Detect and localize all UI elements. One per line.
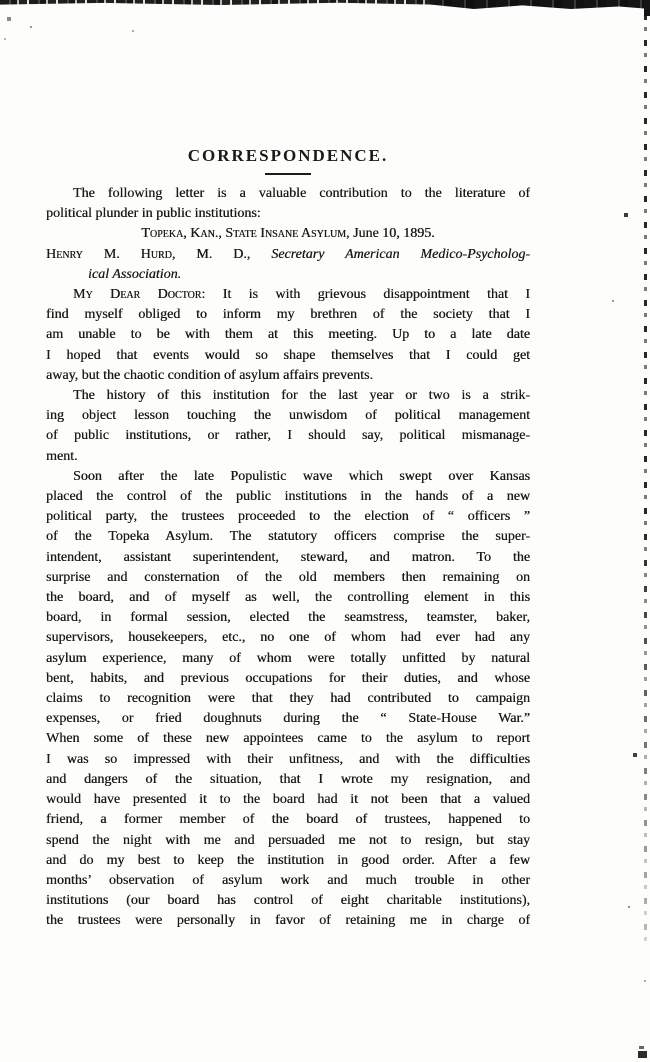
page-content: CORRESPONDENCE. The following letter is …: [46, 146, 530, 932]
text-segment: I was so impressed with their unfitness,…: [46, 752, 530, 767]
text-segment: the board, and of myself as well, the co…: [46, 590, 530, 605]
text-segment: My Dear Doctor:: [73, 287, 205, 302]
scan-specks-artifact: [0, 0, 2, 2]
text-line: asylum experience, many of whom were tot…: [46, 649, 530, 669]
text-line: find myself obliged to inform my brethre…: [46, 305, 530, 325]
text-line: Topeka, Kan., State Insane Asylum, June …: [46, 224, 530, 244]
text-line: ical Association.: [46, 265, 530, 285]
text-segment: I hoped that events would so shape thems…: [46, 348, 530, 363]
text-line: ment.: [46, 447, 530, 467]
text-segment: Secretary American Medico-Psycholog-: [271, 247, 530, 262]
text-segment: ing object lesson touching the unwisdom …: [46, 408, 530, 423]
text-line: would have presented it to the board had…: [46, 790, 530, 810]
text-segment: political party, the trustees proceeded …: [46, 509, 530, 524]
text-line: The following letter is a valuable contr…: [46, 184, 530, 204]
text-segment: The following letter is a valuable contr…: [73, 186, 530, 201]
text-blocks: The following letter is a valuable contr…: [46, 184, 530, 932]
text-line: institutions (our board has control of e…: [46, 891, 530, 911]
text-line: away, but the chaotic condition of asylu…: [46, 366, 530, 386]
text-segment: and dangers of the situation, that I wro…: [46, 772, 530, 787]
text-segment: would have presented it to the board had…: [46, 792, 530, 807]
opening-paragraph: My Dear Doctor: It is with grievous disa…: [46, 285, 530, 386]
text-segment: and do my best to keep the institution i…: [46, 853, 530, 868]
text-line: When some of these new appointees came t…: [46, 729, 530, 749]
text-segment: of the Topeka Asylum. The statutory offi…: [46, 529, 530, 544]
text-line: expenses, or fried doughnuts during the …: [46, 709, 530, 729]
text-line: political plunder in public institutions…: [46, 204, 530, 224]
text-segment: surprise and consternation of the old me…: [46, 570, 530, 585]
text-segment: spend the night with me and persuaded me…: [46, 833, 530, 848]
text-line: am unable to be with them at this meetin…: [46, 325, 530, 345]
text-line: political party, the trustees proceeded …: [46, 507, 530, 527]
text-segment: ment.: [46, 449, 78, 464]
text-segment: months’ observation of asylum work and m…: [46, 873, 530, 888]
text-segment: asylum experience, many of whom were tot…: [46, 651, 530, 666]
main-paragraph: Soon after the late Populistic wave whic…: [46, 467, 530, 932]
text-line: board, in formal session, elected the se…: [46, 608, 530, 628]
text-line: placed the control of the public institu…: [46, 487, 530, 507]
scan-edge-top-right-artifact: [430, 0, 650, 9]
text-line: supervisors, housekeepers, etc., no one …: [46, 628, 530, 648]
text-line: Soon after the late Populistic wave whic…: [46, 467, 530, 487]
heading-rule: [265, 173, 311, 175]
text-segment: When some of these new appointees came t…: [46, 731, 530, 746]
text-segment: political plunder in public institutions…: [46, 206, 261, 221]
text-segment: intendent, assistant superintendent, ste…: [46, 550, 530, 565]
text-line: the trustees were personally in favor of…: [46, 911, 530, 931]
text-line: The history of this institution for the …: [46, 386, 530, 406]
text-line: ing object lesson touching the unwisdom …: [46, 406, 530, 426]
text-segment: find myself obliged to inform my brethre…: [46, 307, 530, 322]
text-segment: expenses, or fried doughnuts during the …: [46, 711, 530, 726]
text-line: of public institutions, or rather, I sho…: [46, 426, 530, 446]
scan-edge-right-artifact: [644, 14, 647, 944]
text-segment: board, in formal session, elected the se…: [46, 610, 530, 625]
text-line: of the Topeka Asylum. The statutory offi…: [46, 527, 530, 547]
text-line: bent, habits, and previous occupations f…: [46, 669, 530, 689]
text-line: I hoped that events would so shape thems…: [46, 346, 530, 366]
text-line: I was so impressed with their unfitness,…: [46, 750, 530, 770]
scan-corner-bottom-right-artifact: [638, 1051, 647, 1058]
text-line: intendent, assistant superintendent, ste…: [46, 548, 530, 568]
text-segment: ical Association.: [88, 267, 181, 282]
text-segment: claims to recognition were that they had…: [46, 691, 530, 706]
text-line: the board, and of myself as well, the co…: [46, 588, 530, 608]
text-line: friend, a former member of the board of …: [46, 810, 530, 830]
text-segment: supervisors, housekeepers, etc., no one …: [46, 630, 530, 645]
text-segment: June 10, 1895.: [350, 226, 435, 241]
text-segment: Topeka, Kan., State Insane Asylum,: [141, 226, 349, 241]
text-line: and dangers of the situation, that I wro…: [46, 770, 530, 790]
scanned-book-page: { "colors": { "paper": "#fdfdfb", "ink":…: [0, 0, 650, 1062]
text-segment: Soon after the late Populistic wave whic…: [73, 469, 530, 484]
text-segment: placed the control of the public institu…: [46, 489, 530, 504]
text-segment: The history of this institution for the …: [73, 388, 530, 403]
text-segment: It is with grievous disappointment that …: [205, 287, 530, 302]
text-line: months’ observation of asylum work and m…: [46, 871, 530, 891]
dateline: Topeka, Kan., State Insane Asylum, June …: [46, 224, 530, 244]
text-line: surprise and consternation of the old me…: [46, 568, 530, 588]
text-segment: friend, a former member of the board of …: [46, 812, 530, 827]
intro-paragraph: The following letter is a valuable contr…: [46, 184, 530, 224]
text-line: claims to recognition were that they had…: [46, 689, 530, 709]
text-line: spend the night with me and persuaded me…: [46, 831, 530, 851]
text-line: Henry M. Hurd, M. D., Secretary American…: [46, 245, 530, 265]
text-segment: the trustees were personally in favor of…: [46, 913, 530, 928]
text-line: and do my best to keep the institution i…: [46, 851, 530, 871]
page-title: CORRESPONDENCE.: [46, 146, 530, 166]
text-segment: Henry M. Hurd, M. D.,: [46, 247, 271, 262]
text-segment: am unable to be with them at this meetin…: [46, 327, 530, 342]
text-segment: away, but the chaotic condition of asylu…: [46, 368, 373, 383]
text-segment: institutions (our board has control of e…: [46, 893, 530, 908]
text-segment: of public institutions, or rather, I sho…: [46, 428, 530, 443]
text-segment: bent, habits, and previous occupations f…: [46, 671, 530, 686]
recipient-address: Henry M. Hurd, M. D., Secretary American…: [46, 245, 530, 285]
history-paragraph: The history of this institution for the …: [46, 386, 530, 467]
text-line: My Dear Doctor: It is with grievous disa…: [46, 285, 530, 305]
